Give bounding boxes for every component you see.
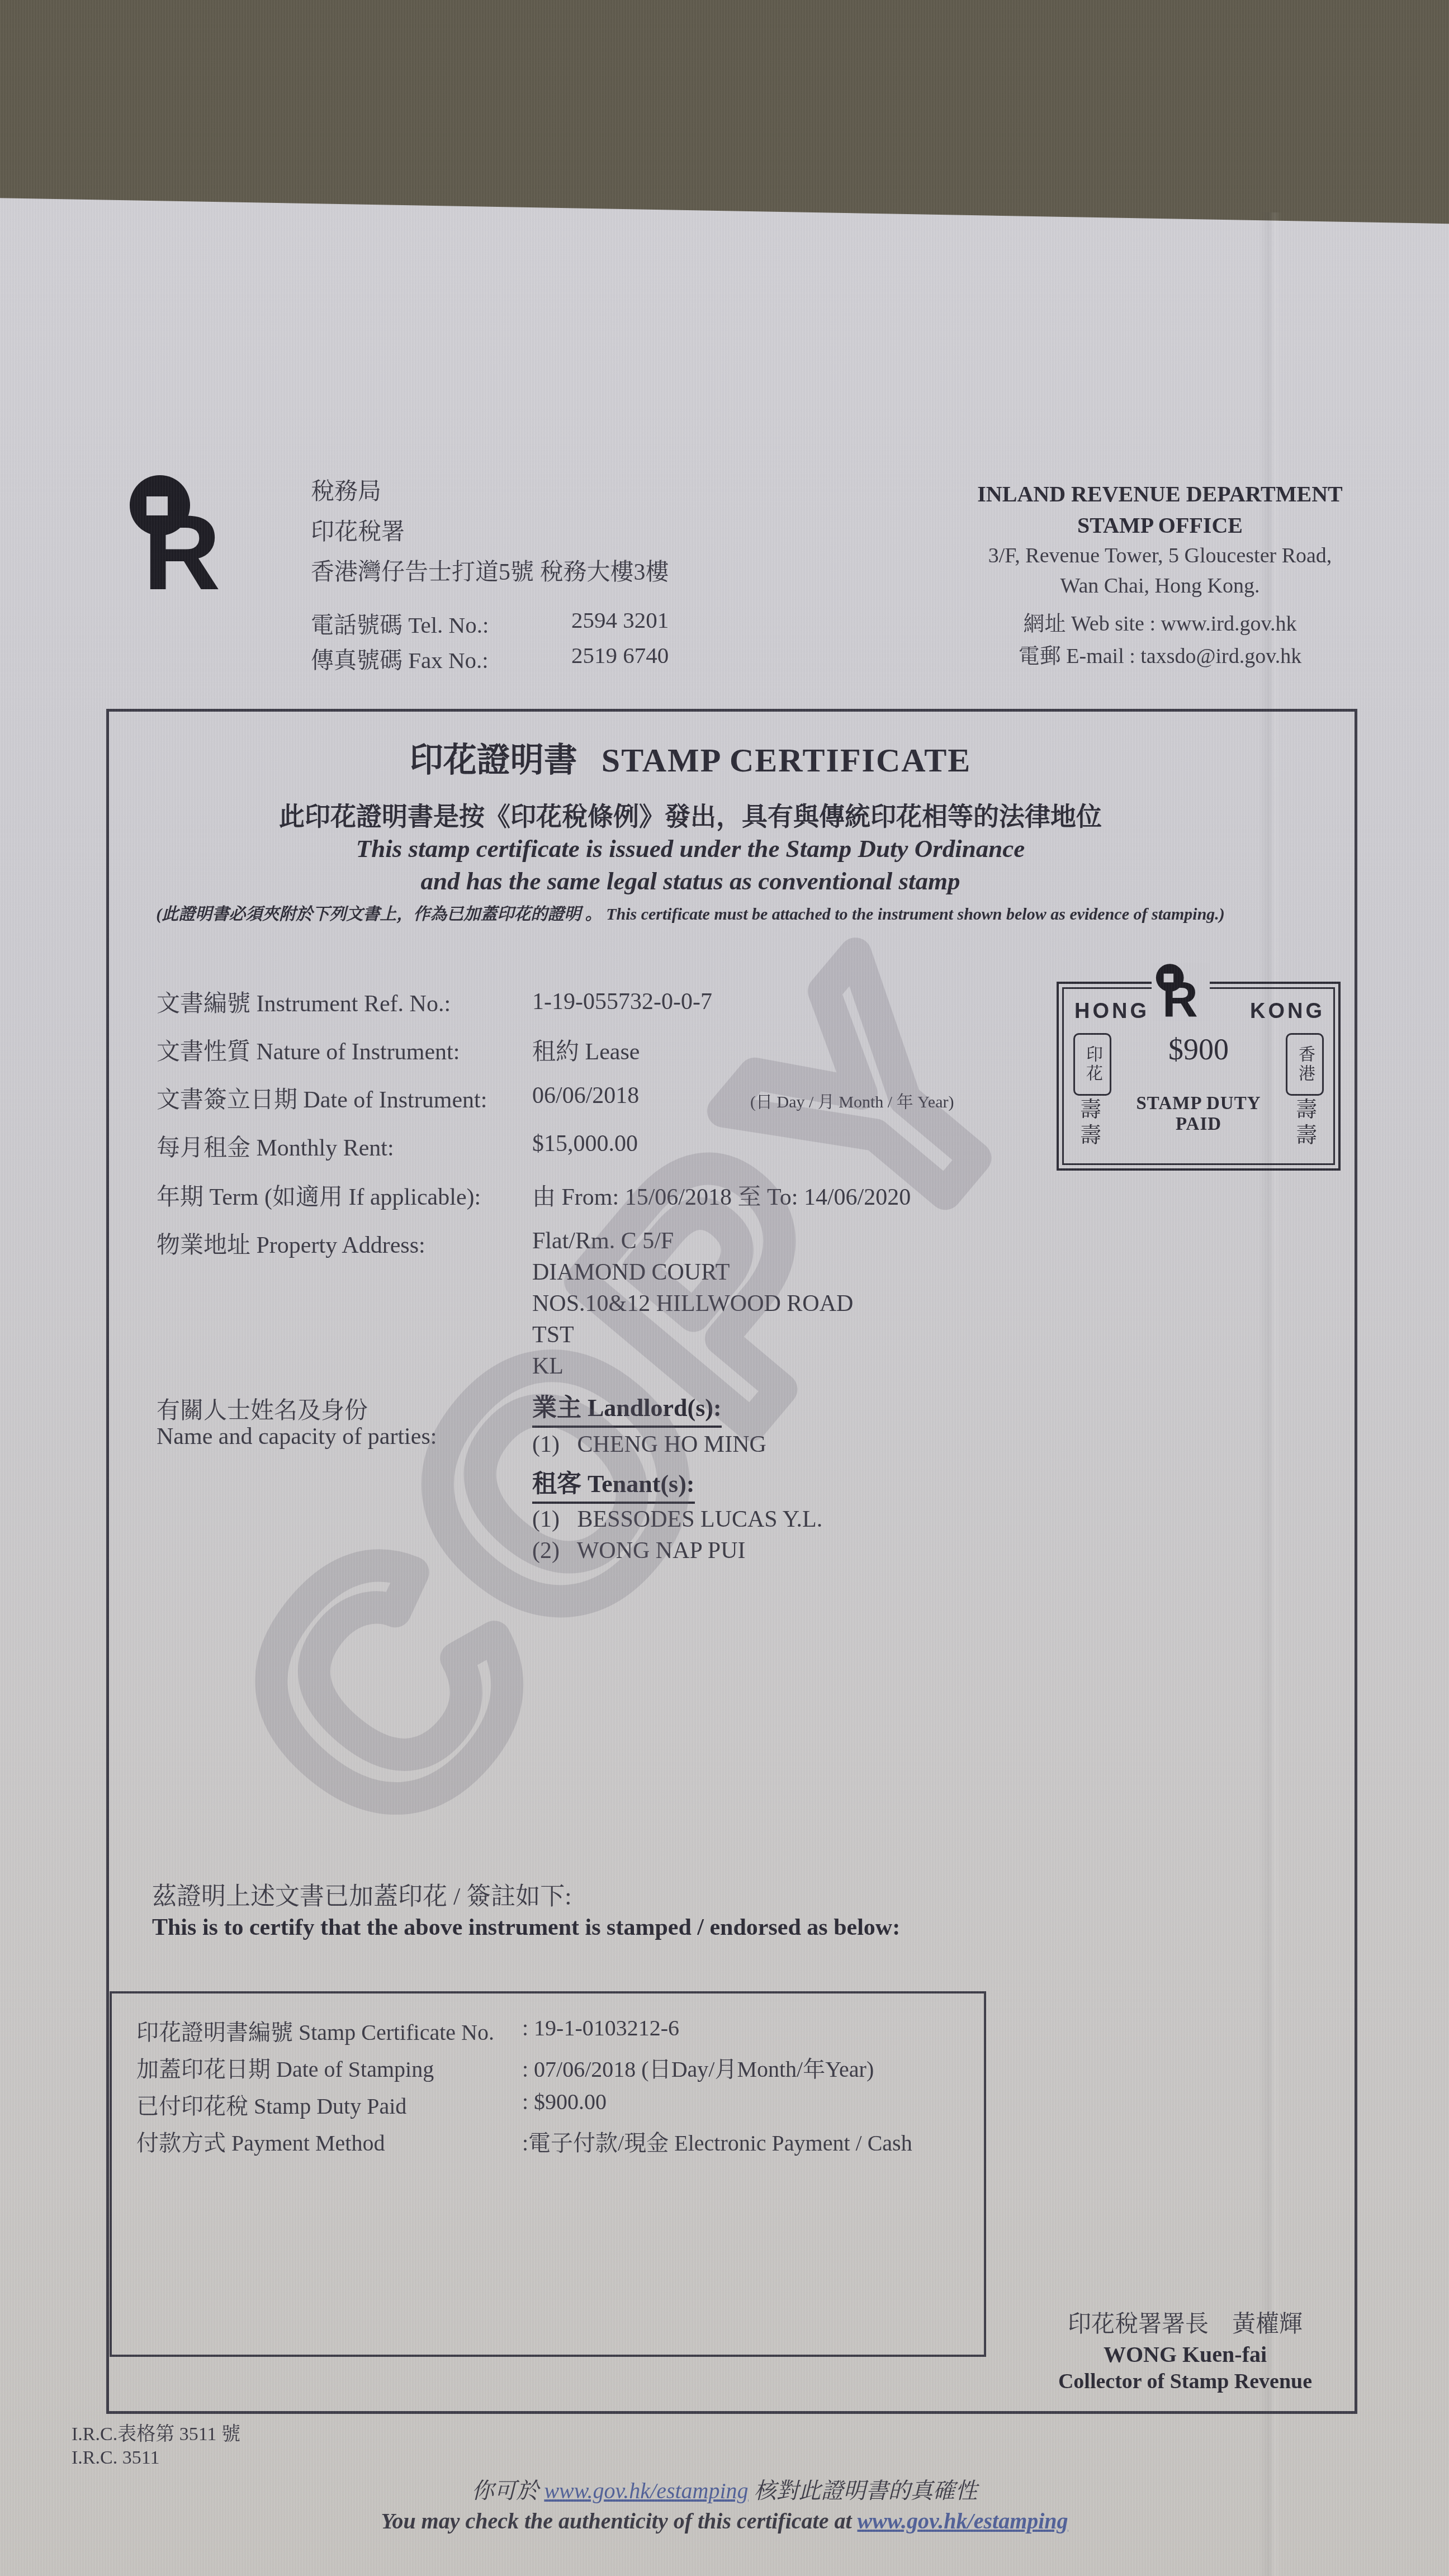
payment-method-value: :電子付款/現金 Electronic Payment / Cash [522,2125,912,2157]
stamp-chop-right-ornament: 壽 壽 [1288,1097,1325,1153]
stamp-chop-amount: $900 [1120,1032,1277,1067]
date-of-instrument-value: 06/06/2018 [532,1082,639,1109]
certificate-subtitle-en1: This stamp certificate is issued under t… [101,834,1280,863]
office-website: 網址 Web site : www.ird.gov.hk [900,606,1420,637]
tenant-1: (1) BESSODES LUCAS Y.L. [532,1506,822,1533]
certify-statement-en: This is to certify that the above instru… [152,1914,900,1941]
office-email: 電郵 E-mail : taxsdo@ird.gov.hk [900,638,1420,669]
property-address-line2: DIAMOND COURT [532,1259,730,1286]
certificate-title: 印花證明書 STAMP CERTIFICATE [101,733,1280,782]
date-format-note: (日 Day / 月 Month / 年 Year) [750,1088,954,1112]
term-value: 由 From: 15/06/2018 至 To: 14/06/2020 [532,1178,911,1212]
tenant-heading: 租客 Tenant(s): [532,1464,695,1504]
monthly-rent-label: 每月租金 Monthly Rent: [157,1129,394,1163]
irc-form-no-zh: I.R.C.表格第 3511 號 [72,2418,240,2446]
tenant-2: (2) WONG NAP PUI [532,1537,746,1564]
certificate-title-en: STAMP CERTIFICATE [602,742,971,779]
irc-form-no-en: I.R.C. 3511 [72,2447,159,2469]
certificate-subtitle-en2: and has the same legal status as convent… [101,866,1280,896]
dept-name-zh: 稅務局 [311,473,381,506]
stamp-cert-no-label: 印花證明書編號 Stamp Certificate No. [136,2015,494,2047]
office-name-zh: 印花稅署 [311,513,405,547]
instrument-ref-value: 1-19-055732-0-0-7 [532,988,712,1015]
fax-value: 2519 6740 [571,642,669,669]
monthly-rent-value: $15,000.00 [532,1130,638,1157]
estamping-link-zh[interactable]: www.gov.hk/estamping [544,2478,748,2503]
instrument-ref-label: 文書編號 Instrument Ref. No.: [157,985,451,1019]
property-address-line1: Flat/Rm. C 5/F [532,1228,674,1254]
certificate-subtitle-zh: 此印花證明書是按《印花稅條例》發出，具有與傳統印花相等的法律地位 [101,796,1280,833]
stamp-chop-caption: STAMP DUTY PAID [1112,1093,1285,1135]
stamp-duty-paid-label: 已付印花稅 Stamp Duty Paid [136,2089,406,2120]
property-address-line3: NOS.10&12 HILLWOOD ROAD [532,1290,853,1317]
stamp-duty-paid-value: : $900.00 [522,2089,607,2115]
ird-logo: R [127,473,239,594]
payment-method-label: 付款方式 Payment Method [136,2125,385,2157]
certify-statement-zh: 茲證明上述文書已加蓋印花 / 簽註如下: [152,1876,571,1912]
parties-label-en: Name and capacity of parties: [157,1423,437,1450]
estamping-link-en[interactable]: www.gov.hk/estamping [858,2508,1068,2534]
term-label: 年期 Term (如適用 If applicable): [157,1178,481,1212]
certificate-note: (此證明書必須夾附於下列文書上，作為已加蓋印花的證明 。 This certif… [117,900,1263,925]
dept-name-en: INLAND REVENUE DEPARTMENT [900,481,1420,507]
property-address-line4: TST [532,1322,574,1348]
date-of-stamping-value: : 07/06/2018 (日Day/月Month/年Year) [522,2052,874,2083]
office-address-en1: 3/F, Revenue Tower, 5 Gloucester Road, [900,543,1420,568]
stamp-chop-kong: KONG [1250,1000,1325,1024]
landlord-heading: 業主 Landlord(s): [532,1388,722,1428]
stamp-chop-left-seal: 印花 [1073,1033,1111,1096]
authenticity-line-zh: 你可於 www.gov.hk/estamping 核對此證明書的真確性 [0,2473,1449,2505]
collector-name-en: WONG Kuen-fai [1051,2341,1319,2367]
nature-value: 租約 Lease [532,1033,640,1067]
fax-label: 傳真號碼 Fax No.: [311,642,489,675]
date-of-stamping-label: 加蓋印花日期 Date of Stamping [136,2052,434,2083]
parties-label-zh: 有關人士姓名及身份 [157,1392,368,1426]
stamp-cert-no-value: : 19-1-0103212-6 [522,2015,679,2041]
certificate-title-zh: 印花證明書 [410,742,577,779]
stamp-chop-hong: HONG [1074,1000,1149,1024]
authenticity-line-en: You may check the authenticity of this c… [0,2508,1449,2534]
stamp-duty-paid-chop: R HONG KONG 印花 香港 壽 壽 壽 壽 $900 S [1057,982,1341,1171]
nature-label: 文書性質 Nature of Instrument: [157,1033,460,1067]
tel-value: 2594 3201 [571,607,669,633]
landlord-1: (1) CHENG HO MING [532,1431,766,1458]
date-of-instrument-label: 文書簽立日期 Date of Instrument: [157,1081,487,1115]
photographed-stamp-certificate: R 稅務局 印花稅署 香港灣仔告士打道5號 稅務大樓3樓 電話號碼 Tel. N… [0,0,1449,2576]
collector-name-zh: 印花稅署署長 黃權輝 [1051,2305,1319,2339]
office-address-zh: 香港灣仔告士打道5號 稅務大樓3樓 [311,553,669,587]
office-address-en2: Wan Chai, Hong Kong. [900,574,1420,598]
stamp-chop-left-ornament: 壽 壽 [1072,1097,1109,1153]
stamp-chop-ir-logo: R [1152,963,1210,1021]
stamp-chop-right-seal: 香港 [1286,1033,1324,1096]
property-address-label: 物業地址 Property Address: [157,1227,425,1260]
office-name-en: STAMP OFFICE [900,512,1420,538]
tel-label: 電話號碼 Tel. No.: [311,607,489,640]
property-address-line5: KL [532,1353,563,1380]
collector-title-en: Collector of Stamp Revenue [1051,2369,1319,2394]
